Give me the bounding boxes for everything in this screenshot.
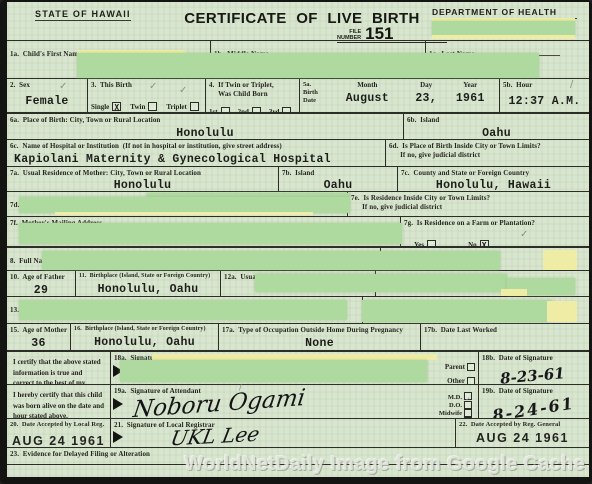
field-7e: 7e. Is Residence Inside City or Town Lim… xyxy=(347,192,589,216)
pencil-slash-icon: / xyxy=(570,79,573,90)
x-mark: X xyxy=(114,103,119,112)
field-label: 21. Signature of Local Registrar xyxy=(114,421,452,430)
option-label-single: Single xyxy=(91,103,109,111)
redaction-block xyxy=(255,274,507,292)
birth-island-value: Oahu xyxy=(407,127,586,139)
row-mother-residence: 7a. Usual Residence of Mother: City, Tow… xyxy=(7,166,589,191)
day-column: Day 23, xyxy=(408,81,445,105)
field-11: 11. Birthplace (Island, State or Foreign… xyxy=(75,271,220,296)
month-value: August xyxy=(327,92,408,105)
year-value: 1961 xyxy=(445,92,496,105)
pencil-check-icon: ✓ xyxy=(179,85,187,96)
field-label: 20. Date Accepted by Local Reg. xyxy=(10,421,107,429)
field-19b: 19b. Date of Signature 8-24-61 xyxy=(478,385,589,418)
redaction-block xyxy=(42,251,500,270)
informant-date-value: 8-23-61 xyxy=(499,362,586,384)
option-label-twin: Twin xyxy=(130,103,145,111)
field-6c: 6c. Name of Hospital or Institution (If … xyxy=(7,140,385,166)
field-label: 5a. Birth Date xyxy=(303,81,327,105)
row-attendant-signature: I hereby certify that this child was bor… xyxy=(7,384,589,418)
pencil-check-icon: ✓ xyxy=(149,81,157,92)
arrow-icon xyxy=(113,431,123,443)
field-10: 10. Age of Father 29 xyxy=(7,271,75,296)
field-label-line2: Was Child Born xyxy=(209,90,296,99)
field-7a: 7a. Usual Residence of Mother: City, Tow… xyxy=(7,167,278,191)
field-label: 5b. Hour xyxy=(503,81,586,90)
certification-text: I hereby certify that this child was bor… xyxy=(10,387,107,418)
state-label: STATE OF HAWAII xyxy=(35,9,131,21)
field-label: 11. Birthplace (Island, State or Foreign… xyxy=(79,273,217,281)
field-label: 7g. Is Residence on a Farm or Plantation… xyxy=(404,219,586,228)
field-label: 16. Birthplace (Island, State or Foreign… xyxy=(74,326,215,334)
year-column: Year 1961 xyxy=(445,81,496,105)
pencil-check-icon: ✓ xyxy=(59,81,67,92)
field-label: 6a. Place of Birth: City, Town or Rural … xyxy=(10,116,400,125)
farm-options: Yes NoX xyxy=(404,234,586,246)
row-sex-birthdate: 2. Sex Female 3. This Birth SingleX Twin… xyxy=(7,78,589,112)
sex-value: Female xyxy=(10,95,84,108)
option-label-other: Other xyxy=(447,377,465,384)
field-22: 22. Date Accepted by Reg. General AUG 24… xyxy=(455,419,589,447)
month-column: Month August xyxy=(327,81,408,105)
checkbox-twin xyxy=(148,102,157,111)
father-birthplace-value: Honolulu, Oahu xyxy=(79,283,217,296)
field-label: 17a. Type of Occupation Outside Home Dur… xyxy=(222,326,417,335)
mother-age-value: 36 xyxy=(10,337,67,350)
pencil-check-icon: ✓ xyxy=(520,229,528,240)
field-label: 7a. Usual Residence of Mother: City, Tow… xyxy=(10,169,275,178)
scanned-birth-certificate: STATE OF HAWAII CERTIFICATE OF LIVE BIRT… xyxy=(0,0,592,484)
field-label: 7e. Is Residence Inside City or Town Lim… xyxy=(351,194,586,203)
field-20: 20. Date Accepted by Local Reg. AUG 24 1… xyxy=(7,419,110,447)
field-6b: 6b. Island Oahu xyxy=(403,114,589,139)
redaction-block xyxy=(432,35,575,39)
certificate-form: STATE OF HAWAII CERTIFICATE OF LIVE BIRT… xyxy=(7,2,589,477)
checkbox-single-checked: X xyxy=(112,102,121,111)
pencil-slash-icon: / xyxy=(239,383,242,392)
father-age-value: 29 xyxy=(10,284,72,296)
certification-text: I certify that the above stated informat… xyxy=(10,354,107,384)
field-label: 7b. Island xyxy=(282,169,394,178)
row-registrar: 20. Date Accepted by Local Reg. AUG 24 1… xyxy=(7,418,589,447)
birth-city-value: Honolulu xyxy=(10,127,400,139)
label-birth: Birth xyxy=(303,89,327,97)
checkbox-triplet xyxy=(190,102,199,111)
field-4-twin-order: 4. If Twin or Triplet, Was Child Born 1s… xyxy=(205,79,299,112)
field-label: 22. Date Accepted by Reg. General xyxy=(459,421,586,429)
row-mother-details: 15. Age of Mother 36 16. Birthplace (Isl… xyxy=(7,323,589,350)
watermark-text: WorldNetDaily Image from Google Cache xyxy=(184,453,585,476)
field-number: 5a. xyxy=(303,81,327,89)
arrow-icon xyxy=(113,398,123,410)
other-option: Other xyxy=(445,410,472,418)
file-number-value: 151 xyxy=(365,26,393,41)
redaction-block xyxy=(432,21,575,35)
mother-birthplace-value: Honolulu, Oahu xyxy=(74,336,215,349)
field-label: 18b. Date of Signature xyxy=(482,354,586,363)
field-label: 17b. Date Last Worked xyxy=(424,326,586,335)
redaction-block xyxy=(362,300,552,322)
field-7b: 7b. Island Oahu xyxy=(278,167,397,191)
field-label: 6c. Name of Hospital or Institution (If … xyxy=(10,142,382,151)
registrar-signature: UKL Lee xyxy=(169,422,262,447)
field-7c: 7c. County and State or Foreign Country … xyxy=(397,167,589,191)
field-label: 4. If Twin or Triplet, xyxy=(209,81,296,90)
occupation-value: None xyxy=(222,337,417,350)
other-option: Other xyxy=(447,370,475,384)
field-15: 15. Age of Mother 36 xyxy=(7,324,70,350)
redaction-block xyxy=(120,360,427,382)
field-17b: 17b. Date Last Worked xyxy=(420,324,589,350)
field-label: 2. Sex xyxy=(10,81,84,90)
county-state-value: Honolulu, Hawaii xyxy=(401,179,586,191)
field-21: 21. Signature of Local Registrar UKL Lee xyxy=(110,419,455,447)
redaction-block xyxy=(543,250,577,270)
month-label: Month xyxy=(327,81,408,89)
hospital-value: Kapiolani Maternity & Gynecological Hosp… xyxy=(14,153,382,166)
day-label: Day xyxy=(408,81,445,89)
residence-island-value: Oahu xyxy=(282,179,394,191)
label-date: Date xyxy=(303,97,327,105)
field-label: 15. Age of Mother xyxy=(10,326,67,335)
redaction-block xyxy=(77,53,539,78)
this-birth-options: SingleX Twin Triplet xyxy=(91,96,202,112)
field-18b: 18b. Date of Signature 8-23-61 xyxy=(478,352,589,384)
option-label-triplet: Triplet xyxy=(166,103,186,111)
field-label-line2: If no, give judicial district xyxy=(389,151,586,160)
attendant-certification: I hereby certify that this child was bor… xyxy=(7,385,110,418)
reg-general-date-stamp: AUG 24 1961 xyxy=(459,431,586,445)
field-label: 6b. Island xyxy=(407,116,586,125)
local-reg-date-stamp: AUG 24 1961 xyxy=(10,434,107,447)
field-label: 7c. County and State or Foreign Country xyxy=(401,169,586,178)
field-2-sex: 2. Sex Female xyxy=(7,79,87,112)
field-5b-hour: 5b. Hour 12:37 A.M. xyxy=(499,79,589,112)
redaction-block xyxy=(19,300,347,320)
day-value: 23, xyxy=(408,92,445,105)
twin-order-options: 1st 2nd 3rd xyxy=(209,101,296,113)
field-6a: 6a. Place of Birth: City, Town or Rural … xyxy=(7,114,403,139)
row-place-of-birth: 6a. Place of Birth: City, Town or Rural … xyxy=(7,112,589,139)
year-label: Year xyxy=(445,81,496,89)
redaction-block xyxy=(19,223,402,244)
field-label: 6d. Is Place of Birth Inside City or Tow… xyxy=(389,142,586,151)
residence-city-value: Honolulu xyxy=(10,179,275,191)
hour-value: 12:37 A.M. xyxy=(503,95,586,108)
informant-certification: I certify that the above stated informat… xyxy=(7,352,110,384)
field-16: 16. Birthplace (Island, State or Foreign… xyxy=(70,324,218,350)
field-7g: 7g. Is Residence on a Farm or Plantation… xyxy=(400,217,589,246)
redaction-block xyxy=(55,212,313,215)
checkbox-other xyxy=(467,377,475,384)
field-17a: 17a. Type of Occupation Outside Home Dur… xyxy=(218,324,420,350)
redaction-block xyxy=(547,301,577,322)
field-6d: 6d. Is Place of Birth Inside City or Tow… xyxy=(385,140,589,166)
redaction-block xyxy=(19,197,350,213)
field-5a-birth-date: 5a. Birth Date Month August Day 23, Year… xyxy=(299,79,499,112)
field-19a: 19a. Signature of Attendant Noboru Ogami… xyxy=(110,385,478,418)
field-label: 10. Age of Father xyxy=(10,273,72,282)
field-label-line2: If no, give judicial district xyxy=(351,203,586,212)
redaction-block xyxy=(501,289,527,296)
row-hospital: 6c. Name of Hospital or Institution (If … xyxy=(7,139,589,166)
